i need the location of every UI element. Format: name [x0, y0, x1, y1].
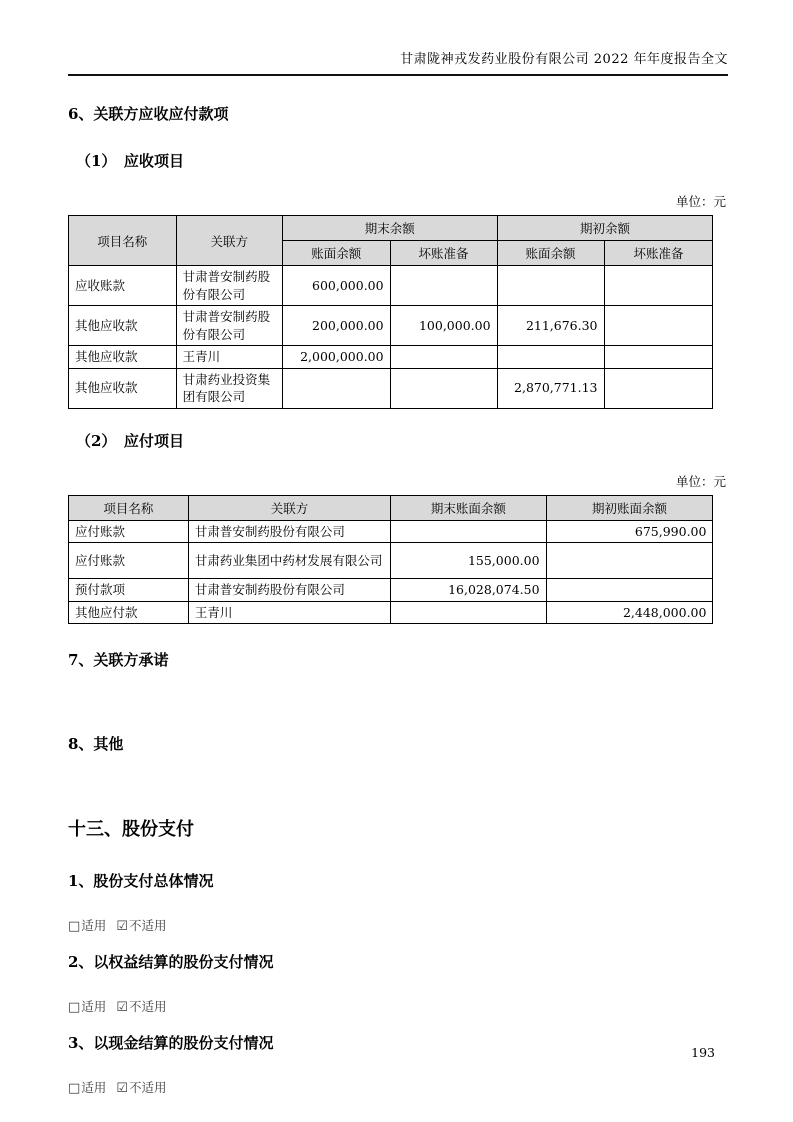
share-payment-3-title: 3、以现金结算的股份支付情况: [68, 1032, 728, 1053]
checkbox-checked-icon: ☑: [116, 919, 128, 934]
cell-end-balance: [391, 520, 546, 543]
page-number: 193: [691, 1045, 715, 1060]
applicability-line: □适用☑不适用: [68, 997, 728, 1015]
cell-item: 其他应收款: [69, 368, 177, 408]
cell-item: 应收账款: [69, 266, 177, 306]
cell-begin-book: 2,870,771.13: [497, 368, 604, 408]
not-applicable-label: 不适用: [129, 918, 167, 933]
cell-begin-baddebt: [604, 368, 713, 408]
cell-party: 甘肃药业集团中药材发展有限公司: [188, 543, 390, 579]
cell-end-baddebt: [390, 368, 497, 408]
cell-end-balance: 16,028,074.50: [391, 579, 546, 602]
applicable-label: 适用: [81, 999, 106, 1014]
applicable-option: □适用: [68, 999, 106, 1014]
cell-item: 其他应收款: [69, 306, 177, 346]
not-applicable-option: ☑不适用: [116, 1080, 166, 1095]
report-header: 甘肃陇神戎发药业股份有限公司 2022 年年度报告全文: [68, 48, 728, 76]
share-payment-1-title: 1、股份支付总体情况: [68, 870, 728, 891]
cell-party: 甘肃普安制药股份有限公司: [176, 306, 282, 346]
col-header-begin-baddebt: 坏账准备: [604, 241, 713, 266]
unit-label-receivable: 单位：元: [68, 192, 728, 210]
receivable-subsection-title: （1） 应收项目: [68, 150, 728, 171]
applicable-label: 适用: [81, 1080, 106, 1095]
cell-begin-balance: 2,448,000.00: [546, 601, 713, 624]
cell-item: 预付款项: [69, 579, 189, 602]
cell-begin-balance: 675,990.00: [546, 520, 713, 543]
col-header-item: 项目名称: [69, 216, 177, 266]
not-applicable-label: 不适用: [129, 1080, 167, 1095]
not-applicable-option: ☑不适用: [116, 999, 166, 1014]
applicable-option: □适用: [68, 918, 106, 933]
cell-end-balance: 155,000.00: [391, 543, 546, 579]
col-header-beginning-book-balance: 期初账面余额: [546, 495, 713, 520]
receivable-table: 项目名称 关联方 期末余额 期初余额 账面余额 坏账准备 账面余额 坏账准备 应…: [68, 215, 713, 409]
not-applicable-option: ☑不适用: [116, 918, 166, 933]
cell-end-book: [282, 368, 390, 408]
document-page: 甘肃陇神戎发药业股份有限公司 2022 年年度报告全文 6、关联方应收应付款项 …: [0, 0, 793, 1122]
table-row: 其他应收款 王青川 2,000,000.00: [69, 346, 713, 369]
applicability-line: □适用☑不适用: [68, 916, 728, 934]
cell-begin-book: [497, 346, 604, 369]
not-applicable-label: 不适用: [129, 999, 167, 1014]
cell-party: 王青川: [188, 601, 390, 624]
col-header-end-baddebt: 坏账准备: [390, 241, 497, 266]
cell-party: 甘肃药业投资集团有限公司: [176, 368, 282, 408]
cell-item: 应付账款: [69, 543, 189, 579]
col-header-ending-book-balance: 期末账面余额: [391, 495, 546, 520]
section-13-title: 十三、股份支付: [68, 815, 728, 841]
cell-end-balance: [391, 601, 546, 624]
cell-begin-baddebt: [604, 306, 713, 346]
col-header-party: 关联方: [188, 495, 390, 520]
cell-begin-book: 211,676.30: [497, 306, 604, 346]
cell-begin-baddebt: [604, 346, 713, 369]
table-row: 应收账款 甘肃普安制药股份有限公司 600,000.00: [69, 266, 713, 306]
cell-begin-baddebt: [604, 266, 713, 306]
col-header-begin-book: 账面余额: [497, 241, 604, 266]
cell-party: 甘肃普安制药股份有限公司: [188, 579, 390, 602]
checkbox-unchecked-icon: □: [68, 919, 80, 934]
section-8-title: 8、其他: [68, 733, 728, 754]
col-header-party: 关联方: [176, 216, 282, 266]
unit-label-payable: 单位：元: [68, 472, 728, 490]
section-7-title: 7、关联方承诺: [68, 649, 728, 670]
share-payment-2-title: 2、以权益结算的股份支付情况: [68, 951, 728, 972]
payable-header-row: 项目名称 关联方 期末账面余额 期初账面余额: [69, 495, 713, 520]
section-6-title: 6、关联方应收应付款项: [68, 103, 728, 124]
checkbox-unchecked-icon: □: [68, 1000, 80, 1015]
applicable-option: □适用: [68, 1080, 106, 1095]
col-header-end-book: 账面余额: [282, 241, 390, 266]
cell-item: 其他应收款: [69, 346, 177, 369]
cell-end-baddebt: [390, 346, 497, 369]
cell-item: 应付账款: [69, 520, 189, 543]
table-row: 其他应付款 王青川 2,448,000.00: [69, 601, 713, 624]
cell-party: 王青川: [176, 346, 282, 369]
table-row: 其他应收款 甘肃普安制药股份有限公司 200,000.00 100,000.00…: [69, 306, 713, 346]
table-row: 预付款项 甘肃普安制药股份有限公司 16,028,074.50: [69, 579, 713, 602]
col-header-item: 项目名称: [69, 495, 189, 520]
cell-begin-book: [497, 266, 604, 306]
checkbox-unchecked-icon: □: [68, 1081, 80, 1096]
applicability-line: □适用☑不适用: [68, 1078, 728, 1096]
cell-begin-balance: [546, 579, 713, 602]
cell-party: 甘肃普安制药股份有限公司: [188, 520, 390, 543]
cell-end-baddebt: [390, 266, 497, 306]
table-row: 应付账款 甘肃普安制药股份有限公司 675,990.00: [69, 520, 713, 543]
checkbox-checked-icon: ☑: [116, 1081, 128, 1096]
checkbox-checked-icon: ☑: [116, 1000, 128, 1015]
cell-end-baddebt: 100,000.00: [390, 306, 497, 346]
receivable-header-row-1: 项目名称 关联方 期末余额 期初余额: [69, 216, 713, 241]
cell-party: 甘肃普安制药股份有限公司: [176, 266, 282, 306]
col-group-beginning-balance: 期初余额: [497, 216, 713, 241]
cell-end-book: 600,000.00: [282, 266, 390, 306]
cell-begin-balance: [546, 543, 713, 579]
cell-item: 其他应付款: [69, 601, 189, 624]
table-row: 应付账款 甘肃药业集团中药材发展有限公司 155,000.00: [69, 543, 713, 579]
cell-end-book: 200,000.00: [282, 306, 390, 346]
applicable-label: 适用: [81, 918, 106, 933]
col-group-ending-balance: 期末余额: [282, 216, 497, 241]
payable-table: 项目名称 关联方 期末账面余额 期初账面余额 应付账款 甘肃普安制药股份有限公司…: [68, 495, 713, 625]
cell-end-book: 2,000,000.00: [282, 346, 390, 369]
table-row: 其他应收款 甘肃药业投资集团有限公司 2,870,771.13: [69, 368, 713, 408]
payable-subsection-title: （2） 应付项目: [68, 430, 728, 451]
